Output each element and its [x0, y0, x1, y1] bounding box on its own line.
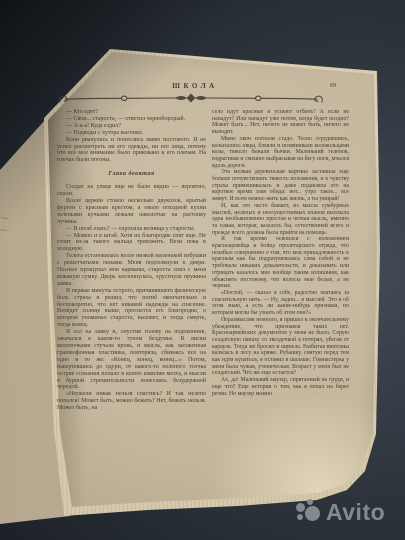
left-column-top: — Кто едет?— Свои... староста, — ответил… — [57, 109, 206, 164]
text-paragraph: В первые минуты острого, причинявшего фи… — [57, 288, 206, 329]
left-text-column: — Кто едет?— Свои... староста, — ответил… — [57, 109, 206, 412]
text-paragraph: — В штаб ехать? — спросила возница у ста… — [57, 226, 206, 233]
chapter-heading: Глава девятая — [57, 171, 206, 178]
left-column-bottom: Солдат на улице еще не было видно — веро… — [57, 184, 206, 412]
text-paragraph: Солдат на улице еще не было видно — веро… — [57, 184, 206, 198]
text-paragraph: Телега остановилась возле низкой маленьк… — [57, 253, 206, 288]
text-paragraph: — Кто едет? — [57, 109, 206, 116]
text-paragraph: Поразмыслив немного, я пришел к окончате… — [212, 317, 349, 377]
right-text-column: село идут красные и успеют отбить? А есл… — [212, 109, 349, 397]
text-paragraph: село идут красные и успеют отбить? А есл… — [212, 109, 349, 136]
text-paragraph: Мимо окон погнали стадо. Тесно сгрудивши… — [212, 136, 349, 170]
marketplace-photo: — — ШКОЛА 69 — Кто ед — [0, 0, 405, 540]
header-rule-ornament — [55, 92, 327, 105]
text-paragraph: «Постой, — сказал я себе, радостно хвата… — [212, 290, 349, 317]
text-paragraph: — Можно и в штаб. Хотя их благородие спя… — [57, 233, 206, 254]
text-paragraph: — А-а-а! Куда ездил? — [57, 123, 206, 130]
text-paragraph: — Свои... староста, — ответил чернобород… — [57, 116, 206, 123]
page-number: 69 — [330, 83, 344, 89]
text-paragraph: Кони рванулись и понеслись мимо постовог… — [57, 137, 206, 165]
running-head: ШКОЛА — [150, 82, 240, 90]
text-paragraph: — Подводы с хутора выгонял. — [57, 130, 206, 137]
text-paragraph: И, как это часто бывает, из массы сумбур… — [212, 203, 349, 237]
text-paragraph: Я сел на лавку и, опустив голову на подо… — [57, 329, 206, 391]
page-content: ШКОЛА 69 — Кто едет?— Свои... староста, … — [0, 0, 405, 540]
text-paragraph: «Неужели никак нельзя спастись? И так не… — [57, 391, 206, 412]
text-paragraph: Эта мелкая деревенская картина заставила… — [212, 169, 349, 203]
avito-watermark-label: Avito — [326, 498, 385, 526]
text-paragraph: Я так крепко освоился с положением красн… — [212, 236, 349, 290]
text-paragraph: Ах, да! Маленький маузер, спрятанный на … — [212, 377, 349, 397]
text-paragraph: Возле церкви стояло несколько двуколок, … — [57, 198, 206, 226]
avito-watermark: Avito — [292, 496, 400, 532]
